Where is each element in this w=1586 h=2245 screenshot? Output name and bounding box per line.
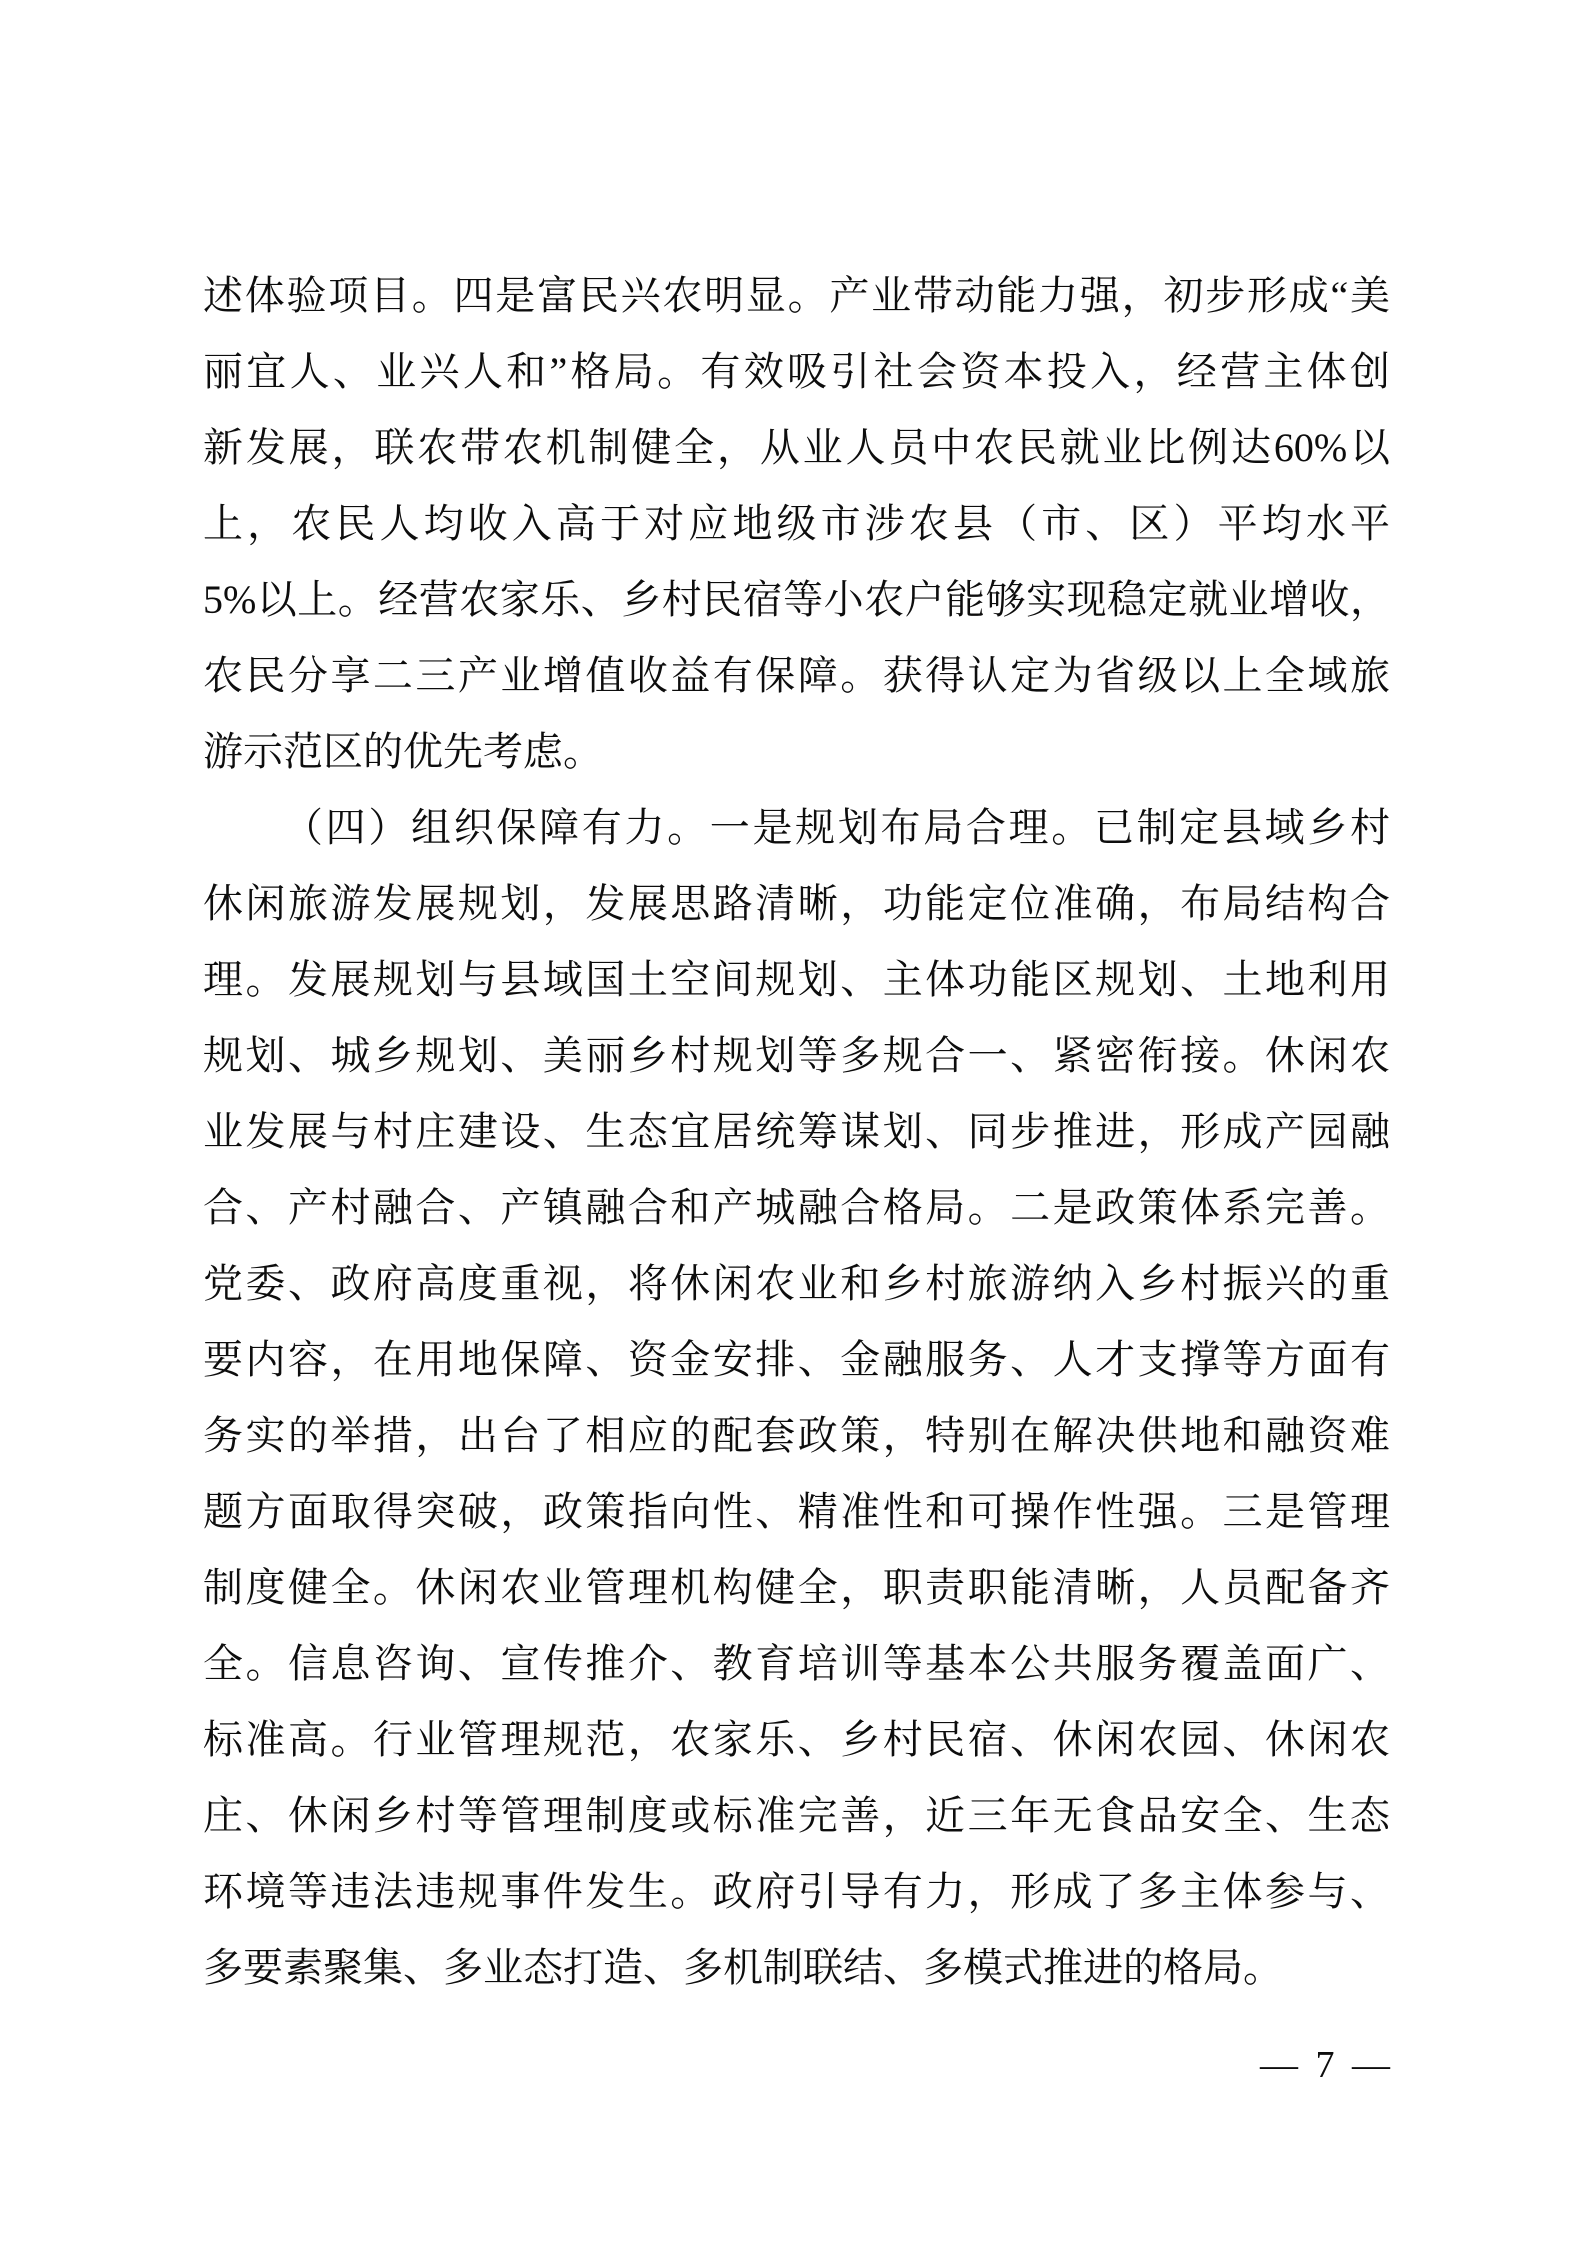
text-line: 农民分享二三产业增值收益有保障。获得认定为省级以上全域旅 [203,638,1390,714]
text-line: 庄、休闲乡村等管理制度或标准完善，近三年无食品安全、生态 [203,1778,1390,1854]
text-line: 业发展与村庄建设、生态宜居统筹谋划、同步推进，形成产园融 [203,1094,1390,1170]
text-line: 5%以上。经营农家乐、乡村民宿等小农户能够实现稳定就业增收， [203,562,1390,638]
text-line: 丽宜人、业兴人和”格局。有效吸引社会资本投入，经营主体创 [203,334,1390,410]
text-line: 制度健全。休闲农业管理机构健全，职责职能清晰，人员配备齐 [203,1550,1390,1626]
text-line: 述体验项目。四是富民兴农明显。产业带动能力强，初步形成“美 [203,258,1390,334]
text-line: 新发展，联农带农机制健全，从业人员中农民就业比例达60%以 [203,410,1390,486]
page-number: — 7 — [1260,2042,1390,2088]
paragraph: 述体验项目。四是富民兴农明显。产业带动能力强，初步形成“美丽宜人、业兴人和”格局… [203,258,1390,790]
text-line: 全。信息咨询、宣传推介、教育培训等基本公共服务覆盖面广、 [203,1626,1390,1702]
text-line: 标准高。行业管理规范，农家乐、乡村民宿、休闲农园、休闲农 [203,1702,1390,1778]
text-line: （四）组织保障有力。一是规划布局合理。已制定县域乡村 [203,790,1390,866]
text-line: 党委、政府高度重视，将休闲农业和乡村旅游纳入乡村振兴的重 [203,1246,1390,1322]
document-page: 述体验项目。四是富民兴农明显。产业带动能力强，初步形成“美丽宜人、业兴人和”格局… [0,0,1586,2245]
text-line: 规划、城乡规划、美丽乡村规划等多规合一、紧密衔接。休闲农 [203,1018,1390,1094]
text-line: 多要素聚集、多业态打造、多机制联结、多模式推进的格局。 [203,1930,1390,2006]
text-line: 环境等违法违规事件发生。政府引导有力，形成了多主体参与、 [203,1854,1390,1930]
text-line: 合、产村融合、产镇融合和产城融合格局。二是政策体系完善。 [203,1170,1390,1246]
text-line: 要内容，在用地保障、资金安排、金融服务、人才支撑等方面有 [203,1322,1390,1398]
text-line: 游示范区的优先考虑。 [203,714,1390,790]
text-line: 理。发展规划与县域国土空间规划、主体功能区规划、土地利用 [203,942,1390,1018]
paragraph: （四）组织保障有力。一是规划布局合理。已制定县域乡村休闲旅游发展规划，发展思路清… [203,790,1390,2006]
text-line: 上，农民人均收入高于对应地级市涉农县（市、区）平均水平 [203,486,1390,562]
document-body: 述体验项目。四是富民兴农明显。产业带动能力强，初步形成“美丽宜人、业兴人和”格局… [203,258,1390,2006]
text-line: 题方面取得突破，政策指向性、精准性和可操作性强。三是管理 [203,1474,1390,1550]
text-line: 务实的举措，出台了相应的配套政策，特别在解决供地和融资难 [203,1398,1390,1474]
text-line: 休闲旅游发展规划，发展思路清晰，功能定位准确，布局结构合 [203,866,1390,942]
